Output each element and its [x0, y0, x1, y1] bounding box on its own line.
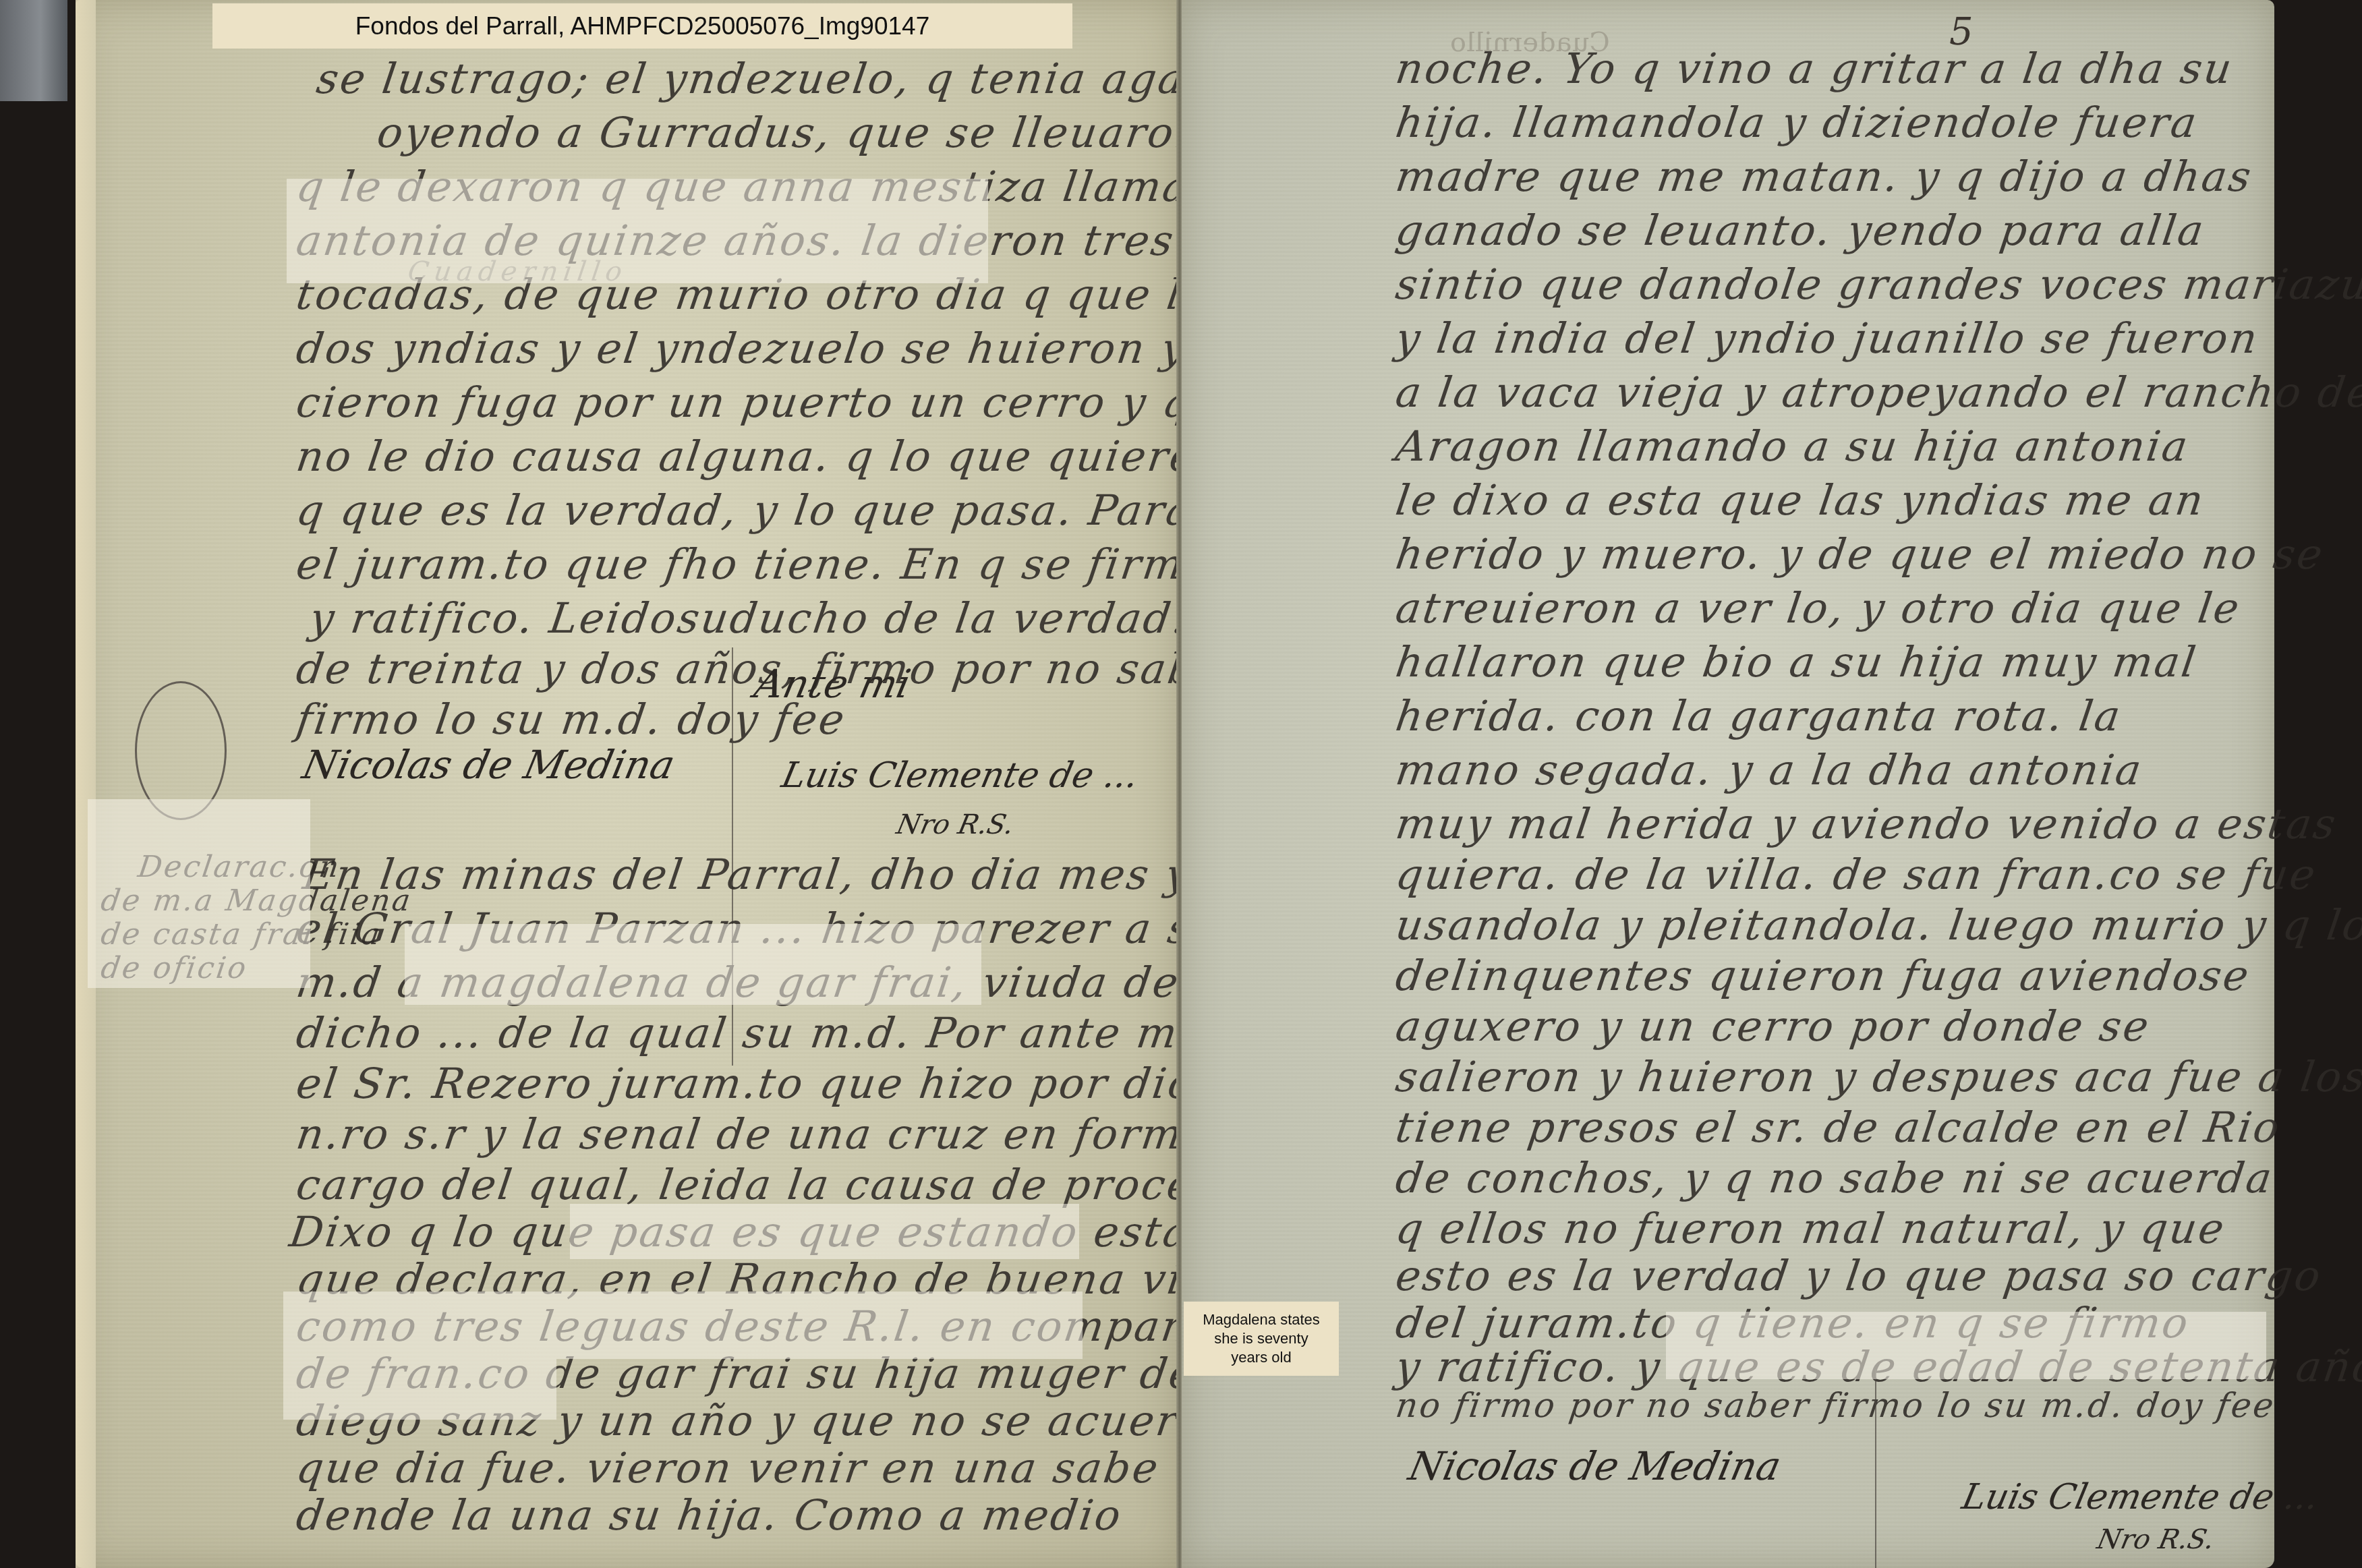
- manuscript-line: dende la una su hija. Como a medio: [293, 1490, 1126, 1540]
- manuscript-line: el juram.to que fho tiene. En q se firmo: [293, 540, 1215, 589]
- manuscript-line: mano segada. y a la dha antonia: [1393, 745, 2146, 794]
- highlight-diego-sanz: [283, 1291, 556, 1420]
- highlight-seventy-years: [1666, 1312, 2266, 1379]
- manuscript-line: hallaron que bio a su hija muy mal: [1393, 637, 2201, 687]
- manuscript-line: cargo del qual, leida la causa de proces…: [293, 1160, 1248, 1209]
- manuscript-line: muy mal herida y aviendo venido a estas: [1393, 799, 2340, 848]
- caption-line: Magdalena states: [1203, 1310, 1320, 1329]
- manuscript-line: ganado se leuanto. yendo para alla: [1393, 206, 2209, 255]
- notary-title: Nro R.S.: [2094, 1524, 2217, 1555]
- highlight-margin-declaration: [88, 799, 310, 988]
- manuscript-line: cieron fuga por un puerto un cerro y que: [293, 378, 1251, 427]
- signature-notary: Luis Clemente de ...: [778, 755, 1143, 796]
- manuscript-line: no firmo por no saber firmo lo su m.d. d…: [1393, 1386, 2278, 1425]
- manuscript-line: y la india del yndio juanillo se fueron: [1393, 314, 2262, 363]
- manuscript-line: herido y muero. y de que el miedo no se: [1393, 529, 2328, 579]
- manuscript-line: aguxero y un cerro por donde se: [1393, 1001, 2154, 1051]
- manuscript-line: a la vaca vieja y atropeyando el rancho …: [1393, 368, 2362, 417]
- manuscript-line: tiene presos el sr. de alcalde en el Rio: [1393, 1103, 2284, 1152]
- notary-title: Nro R.S.: [894, 809, 1016, 840]
- manuscript-line: noche. Yo q vino a gritar a la dha su: [1393, 44, 2237, 93]
- manuscript-line: dicho ... de la qual su m.d. Por ante mi: [293, 1008, 1198, 1057]
- manuscript-line: sintio que dandole grandes voces mariazu…: [1393, 260, 2362, 309]
- manuscript-line: delinquentes quieron fuga aviendose: [1393, 951, 2254, 1000]
- manuscript-line: de conchos, y q no sabe ni se acuerda: [1393, 1153, 2277, 1202]
- manuscript-line: hija. llamandola y diziendole fuera: [1393, 98, 2201, 147]
- highlight-daughter-wife: [556, 1291, 1083, 1359]
- manuscript-line: se lustrago; el yndezuelo, q tenia agarr…: [314, 54, 1316, 103]
- archive-reference-label: Fondos del Parrall, AHMPFCD25005076_Img9…: [212, 3, 1072, 49]
- highlight-magdalena-name: [405, 924, 981, 1005]
- caption-line: years old: [1231, 1348, 1291, 1367]
- manuscript-line: no le dio causa alguna. q lo que quieren: [293, 432, 1230, 481]
- manuscript-line: dos yndias y el yndezuelo se huieron y: [293, 324, 1190, 373]
- manuscript-line: q ellos no fueron mal natural, y que: [1393, 1204, 2229, 1253]
- manuscript-line: n.ro s.r y la senal de una cruz en forma…: [293, 1109, 1321, 1159]
- manuscript-line: q que es la verdad, y lo que pasa. Para: [293, 486, 1197, 535]
- manuscript-line: esto es la verdad y lo que pasa so cargo: [1393, 1251, 2326, 1300]
- manuscript-line: salieron y huieron y despues aca fue a l…: [1393, 1052, 2362, 1101]
- annotation-caption: Magdalena states she is seventy years ol…: [1184, 1302, 1339, 1376]
- manuscript-line: quiera. de la villa. de san fran.co se f…: [1393, 850, 2320, 899]
- manuscript-line: atreuieron a ver lo, y otro dia que le: [1393, 583, 2244, 633]
- manuscript-line: le dixo a esta que las yndias me an: [1393, 475, 2208, 525]
- manuscript-line: y ratifico. Leidosuducho de la verdad.: [307, 593, 1191, 643]
- manuscript-line: Aragon llamando a su hija antonia: [1393, 422, 2193, 471]
- manuscript-line: usandola y pleitandola. luego murio y q …: [1393, 900, 2362, 950]
- signature-notary: Luis Clemente de ...: [1959, 1477, 2323, 1517]
- manuscript-line: que dia fue. vieron venir en una sabe: [293, 1443, 1163, 1492]
- archival-tape: [0, 0, 67, 101]
- manuscript-line: herida. con la garganta rota. la: [1393, 691, 2125, 741]
- ante-mi-mark: Ante mi: [751, 661, 915, 707]
- margin-rule: [1875, 1369, 1876, 1568]
- signature-nicolas-de-medina: Nicolas de Medina: [299, 742, 679, 788]
- manuscript-line: el Sr. Rezero juram.to que hizo por dios: [293, 1059, 1222, 1108]
- caption-line: she is seventy: [1214, 1329, 1308, 1348]
- manuscript-line: madre que me matan. y q dijo a dhas: [1393, 152, 2256, 201]
- highlight-antonia-wounded: [287, 179, 988, 283]
- highlight-rancho-buena-vista: [570, 1204, 1079, 1259]
- signature-nicolas-de-medina: Nicolas de Medina: [1405, 1443, 1785, 1489]
